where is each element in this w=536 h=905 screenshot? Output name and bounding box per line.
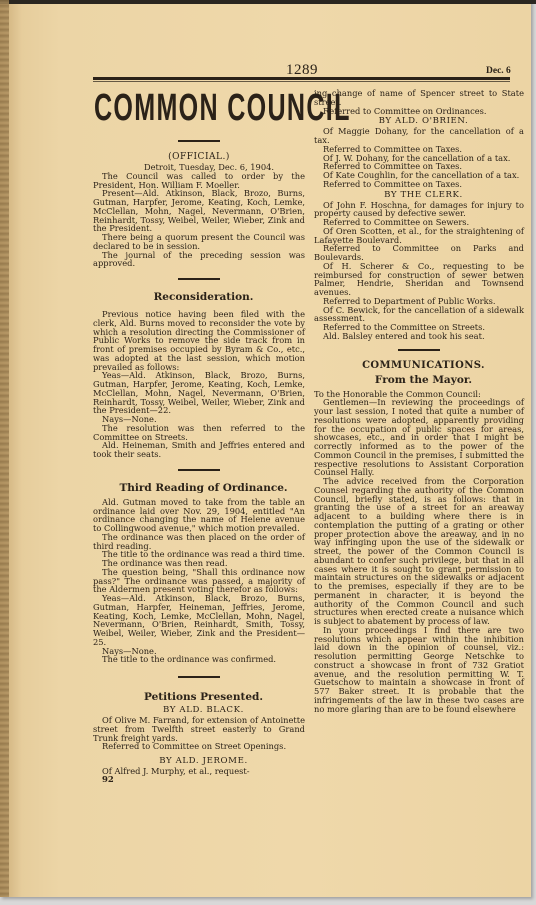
reconsideration-referred: The resolution was then referred to the … <box>93 424 305 442</box>
petition-item: Of Alfred J. Murphy, et al., request- <box>93 767 305 776</box>
quorum-paragraph: There being a quorum present the Council… <box>93 233 305 251</box>
present-list: Present—Ald. Atkinson, Black, Brozo, Bur… <box>93 189 305 233</box>
petition-item: Of Olive M. Farrand, for extension of An… <box>93 716 305 742</box>
obrien-item: Of Maggie Dohany, for the cancellation o… <box>314 127 524 145</box>
section-divider <box>178 140 220 142</box>
third-reading-yeas: Yeas—Ald. Atkinson, Black, Brozo, Burns,… <box>93 594 305 647</box>
reconsideration-paragraph: Previous notice having been filed with t… <box>93 310 305 371</box>
continuation-referred: Referred to Committee on Ordinances. <box>314 107 524 116</box>
third-reading-paragraph: The ordinance was then placed on the ord… <box>93 533 305 551</box>
journal-paragraph: The journal of the preceding session was… <box>93 251 305 269</box>
continuation-text: ing change of name of Spencer street to … <box>314 89 524 107</box>
running-date: Dec. 6 <box>486 66 511 76</box>
communications-heading: COMMUNICATIONS. <box>314 359 524 373</box>
clerk-item: Ald. Balsley entered and took his seat. <box>314 332 524 341</box>
third-reading-confirmed: The title to the ordinance was confirmed… <box>93 655 305 664</box>
section-divider <box>398 349 440 351</box>
petitions-heading: Petitions Presented. <box>93 690 305 704</box>
from-the-mayor-heading: From the Mayor. <box>314 373 524 387</box>
clerk-item: Referred to Committee on Parks and Boule… <box>314 244 524 262</box>
header-rule <box>93 77 510 80</box>
by-the-clerk: BY THE CLERK. <box>314 189 524 201</box>
third-reading-paragraph: The question being, "Shall this ordinanc… <box>93 568 305 594</box>
scanned-page: 1289 Dec. 6 COMMON COUNCIL (OFFICIAL.) D… <box>0 0 531 897</box>
mayor-paragraph: In your proceedings I find there are two… <box>314 626 524 714</box>
masthead-title: COMMON COUNCIL <box>94 86 226 130</box>
signature-mark: 92 <box>93 776 305 785</box>
third-reading-heading: Third Reading of Ordinance. <box>93 481 305 495</box>
clerk-item: Of Oren Scotten, et al., for the straigh… <box>314 227 524 245</box>
clerk-item: Of John F. Hoschna, for damages for inju… <box>314 201 524 219</box>
clerk-item: Of H. Scherer & Co., requesting to be re… <box>314 262 524 297</box>
petition-item: Referred to Committee on Street Openings… <box>93 742 305 751</box>
reconsideration-heading: Reconsideration. <box>93 290 305 304</box>
section-divider <box>178 278 220 280</box>
book-spine-edge <box>0 0 9 897</box>
mayor-paragraph: Gentlemen—In reviewing the proceedings o… <box>314 398 524 477</box>
top-border <box>0 0 536 4</box>
left-column: (OFFICIAL.) Detroit, Tuesday, Dec. 6, 19… <box>93 140 305 785</box>
header-rule-thin <box>93 81 510 82</box>
section-divider <box>178 676 220 678</box>
reconsideration-yeas: Yeas—Ald. Atkinson, Black, Brozo, Burns,… <box>93 371 305 415</box>
right-column: ing change of name of Spencer street to … <box>314 89 524 713</box>
opening-paragraph: The Council was called to order by the P… <box>93 172 305 190</box>
obrien-item: Referred to Committee on Taxes. <box>314 180 524 189</box>
third-reading-paragraph: Ald. Gutman moved to take from the table… <box>93 498 305 533</box>
clerk-item: Of C. Bewick, for the cancellation of a … <box>314 306 524 324</box>
mayor-paragraph: The advice received from the Corporation… <box>314 477 524 626</box>
section-divider <box>178 469 220 471</box>
reconsideration-entered: Ald. Heineman, Smith and Jeffries entere… <box>93 441 305 459</box>
